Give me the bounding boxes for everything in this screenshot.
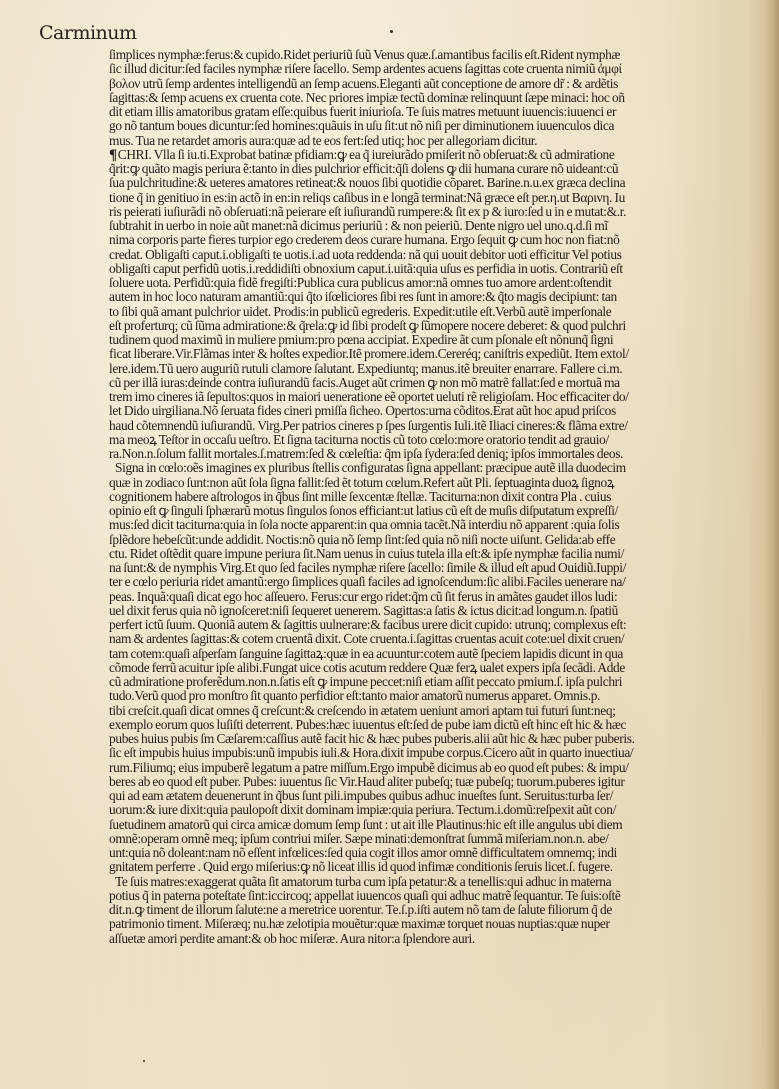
text-line: let Dido uirgiliana.Nõ ſeruata fides cin… — [109, 404, 763, 418]
ink-speck — [390, 30, 393, 33]
text-line-content: ſagittas:& ſemp acuens ex cruenta cote. … — [109, 91, 625, 105]
text-line-content: haud cõtemnendũ iuſiurandũ. Virg.Per pat… — [109, 419, 628, 433]
text-line-content: ma meoꝝ Teſtor in occaſu ueſtro. Et ſign… — [109, 433, 609, 447]
text-line-content: ſoluere uota. Perfidũ:quia fidẽ fregiſti… — [109, 276, 611, 290]
text-line: autem in hoc loco naturam amantiũ:qui q̃… — [109, 290, 763, 304]
book-page: Carminum ſimplices nymphæ:ferus:& cupido… — [0, 0, 779, 1089]
text-line: gnitatem perferre . Quid ergo miſerius:ꝙ… — [109, 860, 763, 874]
text-line: ſic illud dicitur:ſed faciles nymphæ riſ… — [109, 62, 763, 76]
text-line-content: mus. Tua ne retardet amoris aura:quæ ad … — [109, 134, 537, 148]
text-line: cũ per illã iuras:deinde contra iuſiuran… — [109, 376, 763, 390]
text-line-content: uel dixit ferus quia nõ ignoſceret:niſi … — [109, 604, 618, 618]
text-line-content: ter e cœlo periuria ridet amantũ:ergo ſi… — [109, 575, 626, 589]
text-line: cõmode ferrũ acuitur ipſe alibi.Fungat u… — [109, 661, 763, 675]
text-line: q̃rit:ꝙ quãto magis periura ẽ:tanto in d… — [109, 162, 763, 176]
text-line: tam cotem:quaſi aſperſam ſanguine ſagitt… — [109, 647, 763, 661]
text-line-content: patrimonio timent. Miſeræq; nu.hæ zeloti… — [109, 917, 610, 931]
text-line-content: obligaſti caput perfidũ uotis.i.reddidiſ… — [109, 262, 623, 276]
text-line: dit.n.ꝙ timent de illorum ſalute:ne a me… — [109, 903, 763, 917]
text-line: patrimonio timent. Miſeræq; nu.hæ zeloti… — [109, 917, 763, 931]
text-line: ris peierati iuſiurãdi nõ obſeruati:nã p… — [109, 205, 763, 219]
text-line-content: tudinem quod maximũ in muliere pmium:pro… — [109, 333, 613, 347]
text-line-content: ſplẽdore hebeſcũt:unde addidit. Noctis:n… — [109, 533, 615, 547]
text-line: nima corporis parte fieres turpior ego c… — [109, 233, 763, 247]
text-line-content: tibi creſcit.quaſi dicat omnes q̃ creſcu… — [109, 704, 616, 718]
text-line-content: ſubtrahit in uerbo in noie aũt manet:nã … — [109, 219, 608, 233]
text-line-content: CHRI. Vlla ſi iu.ti.Exprobat batinæ pfid… — [118, 148, 615, 162]
pilcrow-icon: ¶ — [109, 148, 117, 162]
text-line: unt:quia nõ doleant:nam nõ eſſent infœli… — [109, 846, 763, 860]
text-line: qui ad eam ætatem deuenerunt in q̃bus ſu… — [109, 789, 763, 803]
text-line-content: Te ſuis matres:exaggerat quãta ſit amato… — [115, 875, 611, 889]
text-line: na ſunt:& de nymphis Virg.Et quo ſed fac… — [109, 561, 763, 575]
text-line-content: nima corporis parte fieres turpior ego c… — [109, 233, 619, 247]
text-line-content: to ſibi quã amant pulchrior uidet. Prodi… — [109, 305, 611, 319]
text-line-content: ſimplices nymphæ:ferus:& cupido.Ridet pe… — [109, 48, 620, 62]
text-line-content: βολον utrũ ſemp ardentes intelligendũ an… — [109, 77, 618, 91]
text-line-content: potius q̃ in paterna poteſtate ſint:icci… — [109, 889, 620, 903]
text-line-content: mus:ſed dicit taciturna:quia in ſola noc… — [109, 518, 619, 532]
text-line: obligaſti caput perfidũ uotis.i.reddidiſ… — [109, 262, 763, 276]
text-line: βολον utrũ ſemp ardentes intelligendũ an… — [109, 77, 763, 91]
text-line-content: lere.idem.Tũ uero auguriũ rutuli clamore… — [109, 362, 622, 376]
text-line-content: opinio eſt ꝙ ſinguli ſphærarũ motus ſing… — [109, 504, 618, 518]
text-line-content: cognitionem habere aſtrologos in q̃bus ſ… — [109, 490, 611, 504]
text-line: beres ab eo quod eſt puber. Pubes: iuuen… — [109, 775, 763, 789]
text-line: omnẽ:operam omnẽ meq; ipſum contriui miſ… — [109, 832, 763, 846]
text-line-content: exemplo eorum quos luſiſti deterrent. Pu… — [109, 718, 626, 732]
text-line-content: cõmode ferrũ acuitur ipſe alibi.Fungat u… — [109, 661, 625, 675]
text-line: ¶CHRI. Vlla ſi iu.ti.Exprobat batinæ pfi… — [109, 148, 763, 162]
text-line: ſubtrahit in uerbo in noie aũt manet:nã … — [109, 219, 763, 233]
text-line: haud cõtemnendũ iuſiurandũ. Virg.Per pat… — [109, 419, 763, 433]
text-line-content: tudo.Verũ quod pro monſtro ſit quanto pe… — [109, 689, 600, 703]
text-line: tione q̃ in genitiuo in es:in actõ in en… — [109, 191, 763, 205]
text-line: ſuetudinem amatorũ qui circa amicæ domum… — [109, 818, 763, 832]
text-line-content: ficat liberare.Vir.Flãmas inter & hoſtes… — [109, 347, 629, 361]
text-line-content: aſſuetæ amori perdite amant:& ob hoc miſ… — [109, 932, 475, 946]
text-line-content: pubes huius pubis ſm Cæſarem:caſſius aut… — [109, 732, 635, 746]
text-line: ficat liberare.Vir.Flãmas inter & hoſtes… — [109, 347, 763, 361]
text-line-content: let Dido uirgiliana.Nõ ſeruata fides cin… — [109, 404, 616, 418]
text-line: cũ admiratione proferẽdum.non.n.ſatis eſ… — [109, 675, 763, 689]
text-line: trem imo cineres iã ſepultos:quos in mai… — [109, 390, 763, 404]
text-line-content: Signa in cœlo:oẽs imagines ex pluribus ſ… — [115, 461, 626, 475]
text-line: ſagittas:& ſemp acuens ex cruenta cote. … — [109, 91, 763, 105]
text-line: eſt proferturq; cũ ſũma admiratione:& q̃… — [109, 319, 763, 333]
text-line-content: quæ in zodiaco ſunt:non aũt ſola ſigna f… — [109, 476, 614, 490]
text-line-content: go nõ tantum boues dicuntur:ſed homines:… — [109, 119, 614, 133]
text-line-content: omnẽ:operam omnẽ meq; ipſum contriui miſ… — [109, 832, 608, 846]
text-line-content: credat. Obligaſti caput.i.obligaſti te u… — [109, 248, 622, 262]
text-line: mus:ſed dicit taciturna:quia in ſola noc… — [109, 518, 763, 532]
text-line-content: ſua pulchritudine:& ueteres amatores ret… — [109, 176, 625, 190]
text-line-content: gnitatem perferre . Quid ergo miſerius:ꝙ… — [109, 860, 613, 874]
ink-speck — [143, 1060, 145, 1062]
text-line: ſic eſt impubis huius impubis:unũ impubi… — [109, 746, 763, 760]
text-line: ſoluere uota. Perfidũ:quia fidẽ fregiſti… — [109, 276, 763, 290]
text-line: pubes huius pubis ſm Cæſarem:caſſius aut… — [109, 732, 763, 746]
text-line-content: tam cotem:quaſi aſperſam ſanguine ſagitt… — [109, 647, 623, 661]
text-line: tibi creſcit.quaſi dicat omnes q̃ creſcu… — [109, 704, 763, 718]
running-head: Carminum — [39, 22, 137, 44]
text-line-content: dit.n.ꝙ timent de illorum ſalute:ne a me… — [109, 903, 612, 917]
text-line: credat. Obligaſti caput.i.obligaſti te u… — [109, 248, 763, 262]
text-line: potius q̃ in paterna poteſtate ſint:icci… — [109, 889, 763, 903]
text-line: tudo.Verũ quod pro monſtro ſit quanto pe… — [109, 689, 763, 703]
text-line: ſua pulchritudine:& ueteres amatores ret… — [109, 176, 763, 190]
text-line: cognitionem habere aſtrologos in q̃bus ſ… — [109, 490, 763, 504]
text-line-content: trem imo cineres iã ſepultos:quos in mai… — [109, 390, 629, 404]
text-line: ter e cœlo periuria ridet amantũ:ergo ſi… — [109, 575, 763, 589]
text-line-content: eſt proferturq; cũ ſũma admiratione:& q̃… — [109, 319, 626, 333]
text-line: tudinem quod maximũ in muliere pmium:pro… — [109, 333, 763, 347]
text-line: ra.Non.n.ſolum fallit mortales.ſ.matrem:… — [109, 447, 763, 461]
text-line-content: autem in hoc loco naturam amantiũ:qui q̃… — [109, 290, 617, 304]
text-line-content: unt:quia nõ doleant:nam nõ eſſent infœli… — [109, 846, 617, 860]
text-line-content: beres ab eo quod eſt puber. Pubes: iuuen… — [109, 775, 625, 789]
text-line-content: ris peierati iuſiurãdi nõ obſeruati:nã p… — [109, 205, 626, 219]
text-line-content: rum.Filiumq; eius impuberẽ legatum a pat… — [109, 761, 629, 775]
text-line: aſſuetæ amori perdite amant:& ob hoc miſ… — [109, 932, 763, 946]
text-line: ctu. Ridet oſtẽdit quare impune periura … — [109, 547, 763, 561]
text-line-content: cũ admiratione proferẽdum.non.n.ſatis eſ… — [109, 675, 622, 689]
commentary-text-block: ſimplices nymphæ:ferus:& cupido.Ridet pe… — [109, 48, 763, 946]
text-line: Signa in cœlo:oẽs imagines ex pluribus ſ… — [109, 461, 763, 475]
text-line: opinio eſt ꝙ ſinguli ſphærarũ motus ſing… — [109, 504, 763, 518]
text-line-content: ſuetudinem amatorũ qui circa amicæ domum… — [109, 818, 622, 832]
text-line-content: ſic illud dicitur:ſed faciles nymphæ riſ… — [109, 62, 622, 76]
text-line: mus. Tua ne retardet amoris aura:quæ ad … — [109, 134, 763, 148]
text-line-content: ſic eſt impubis huius impubis:unũ impubi… — [109, 746, 633, 760]
text-line-content: peas. Inquã:quaſi dicat ego hoc aſſeuero… — [109, 590, 617, 604]
text-line-content: nam & ardentes ſagittas:& cotem cruentã … — [109, 632, 624, 646]
text-line: peas. Inquã:quaſi dicat ego hoc aſſeuero… — [109, 590, 763, 604]
text-line: lere.idem.Tũ uero auguriũ rutuli clamore… — [109, 362, 763, 376]
text-line: uel dixit ferus quia nõ ignoſceret:niſi … — [109, 604, 763, 618]
text-line-content: cũ per illã iuras:deinde contra iuſiuran… — [109, 376, 620, 390]
text-line: uorum:& iure dixit:quia paulopoſt dixit … — [109, 803, 763, 817]
text-line: quæ in zodiaco ſunt:non aũt ſola ſigna f… — [109, 476, 763, 490]
text-line-content: qui ad eam ætatem deuenerunt in q̃bus ſu… — [109, 789, 613, 803]
text-line: to ſibi quã amant pulchrior uidet. Prodi… — [109, 305, 763, 319]
text-line: dit etiam illis amatoribus gratam eſſe:q… — [109, 105, 763, 119]
text-line-content: uorum:& iure dixit:quia paulopoſt dixit … — [109, 803, 616, 817]
text-line: ma meoꝝ Teſtor in occaſu ueſtro. Et ſign… — [109, 433, 763, 447]
text-line: nam & ardentes ſagittas:& cotem cruentã … — [109, 632, 763, 646]
text-line: perfert ictũ ſuum. Quoniã autem & ſagitt… — [109, 618, 763, 632]
text-line-content: perfert ictũ ſuum. Quoniã autem & ſagitt… — [109, 618, 626, 632]
text-line: ſplẽdore hebeſcũt:unde addidit. Noctis:n… — [109, 533, 763, 547]
text-line-content: ra.Non.n.ſolum fallit mortales.ſ.matrem:… — [109, 447, 623, 461]
text-line: Te ſuis matres:exaggerat quãta ſit amato… — [109, 875, 763, 889]
text-line-content: ctu. Ridet oſtẽdit quare impune periura … — [109, 547, 624, 561]
text-line-content: dit etiam illis amatoribus gratam eſſe:q… — [109, 105, 616, 119]
page-edge-shadow — [765, 0, 779, 1089]
text-line: exemplo eorum quos luſiſti deterrent. Pu… — [109, 718, 763, 732]
text-line: ſimplices nymphæ:ferus:& cupido.Ridet pe… — [109, 48, 763, 62]
text-line-content: na ſunt:& de nymphis Virg.Et quo ſed fac… — [109, 561, 626, 575]
text-line-content: tione q̃ in genitiuo in es:in actõ in en… — [109, 191, 625, 205]
text-line: go nõ tantum boues dicuntur:ſed homines:… — [109, 119, 763, 133]
text-line-content: q̃rit:ꝙ quãto magis periura ẽ:tanto in d… — [109, 162, 618, 176]
text-line: rum.Filiumq; eius impuberẽ legatum a pat… — [109, 761, 763, 775]
